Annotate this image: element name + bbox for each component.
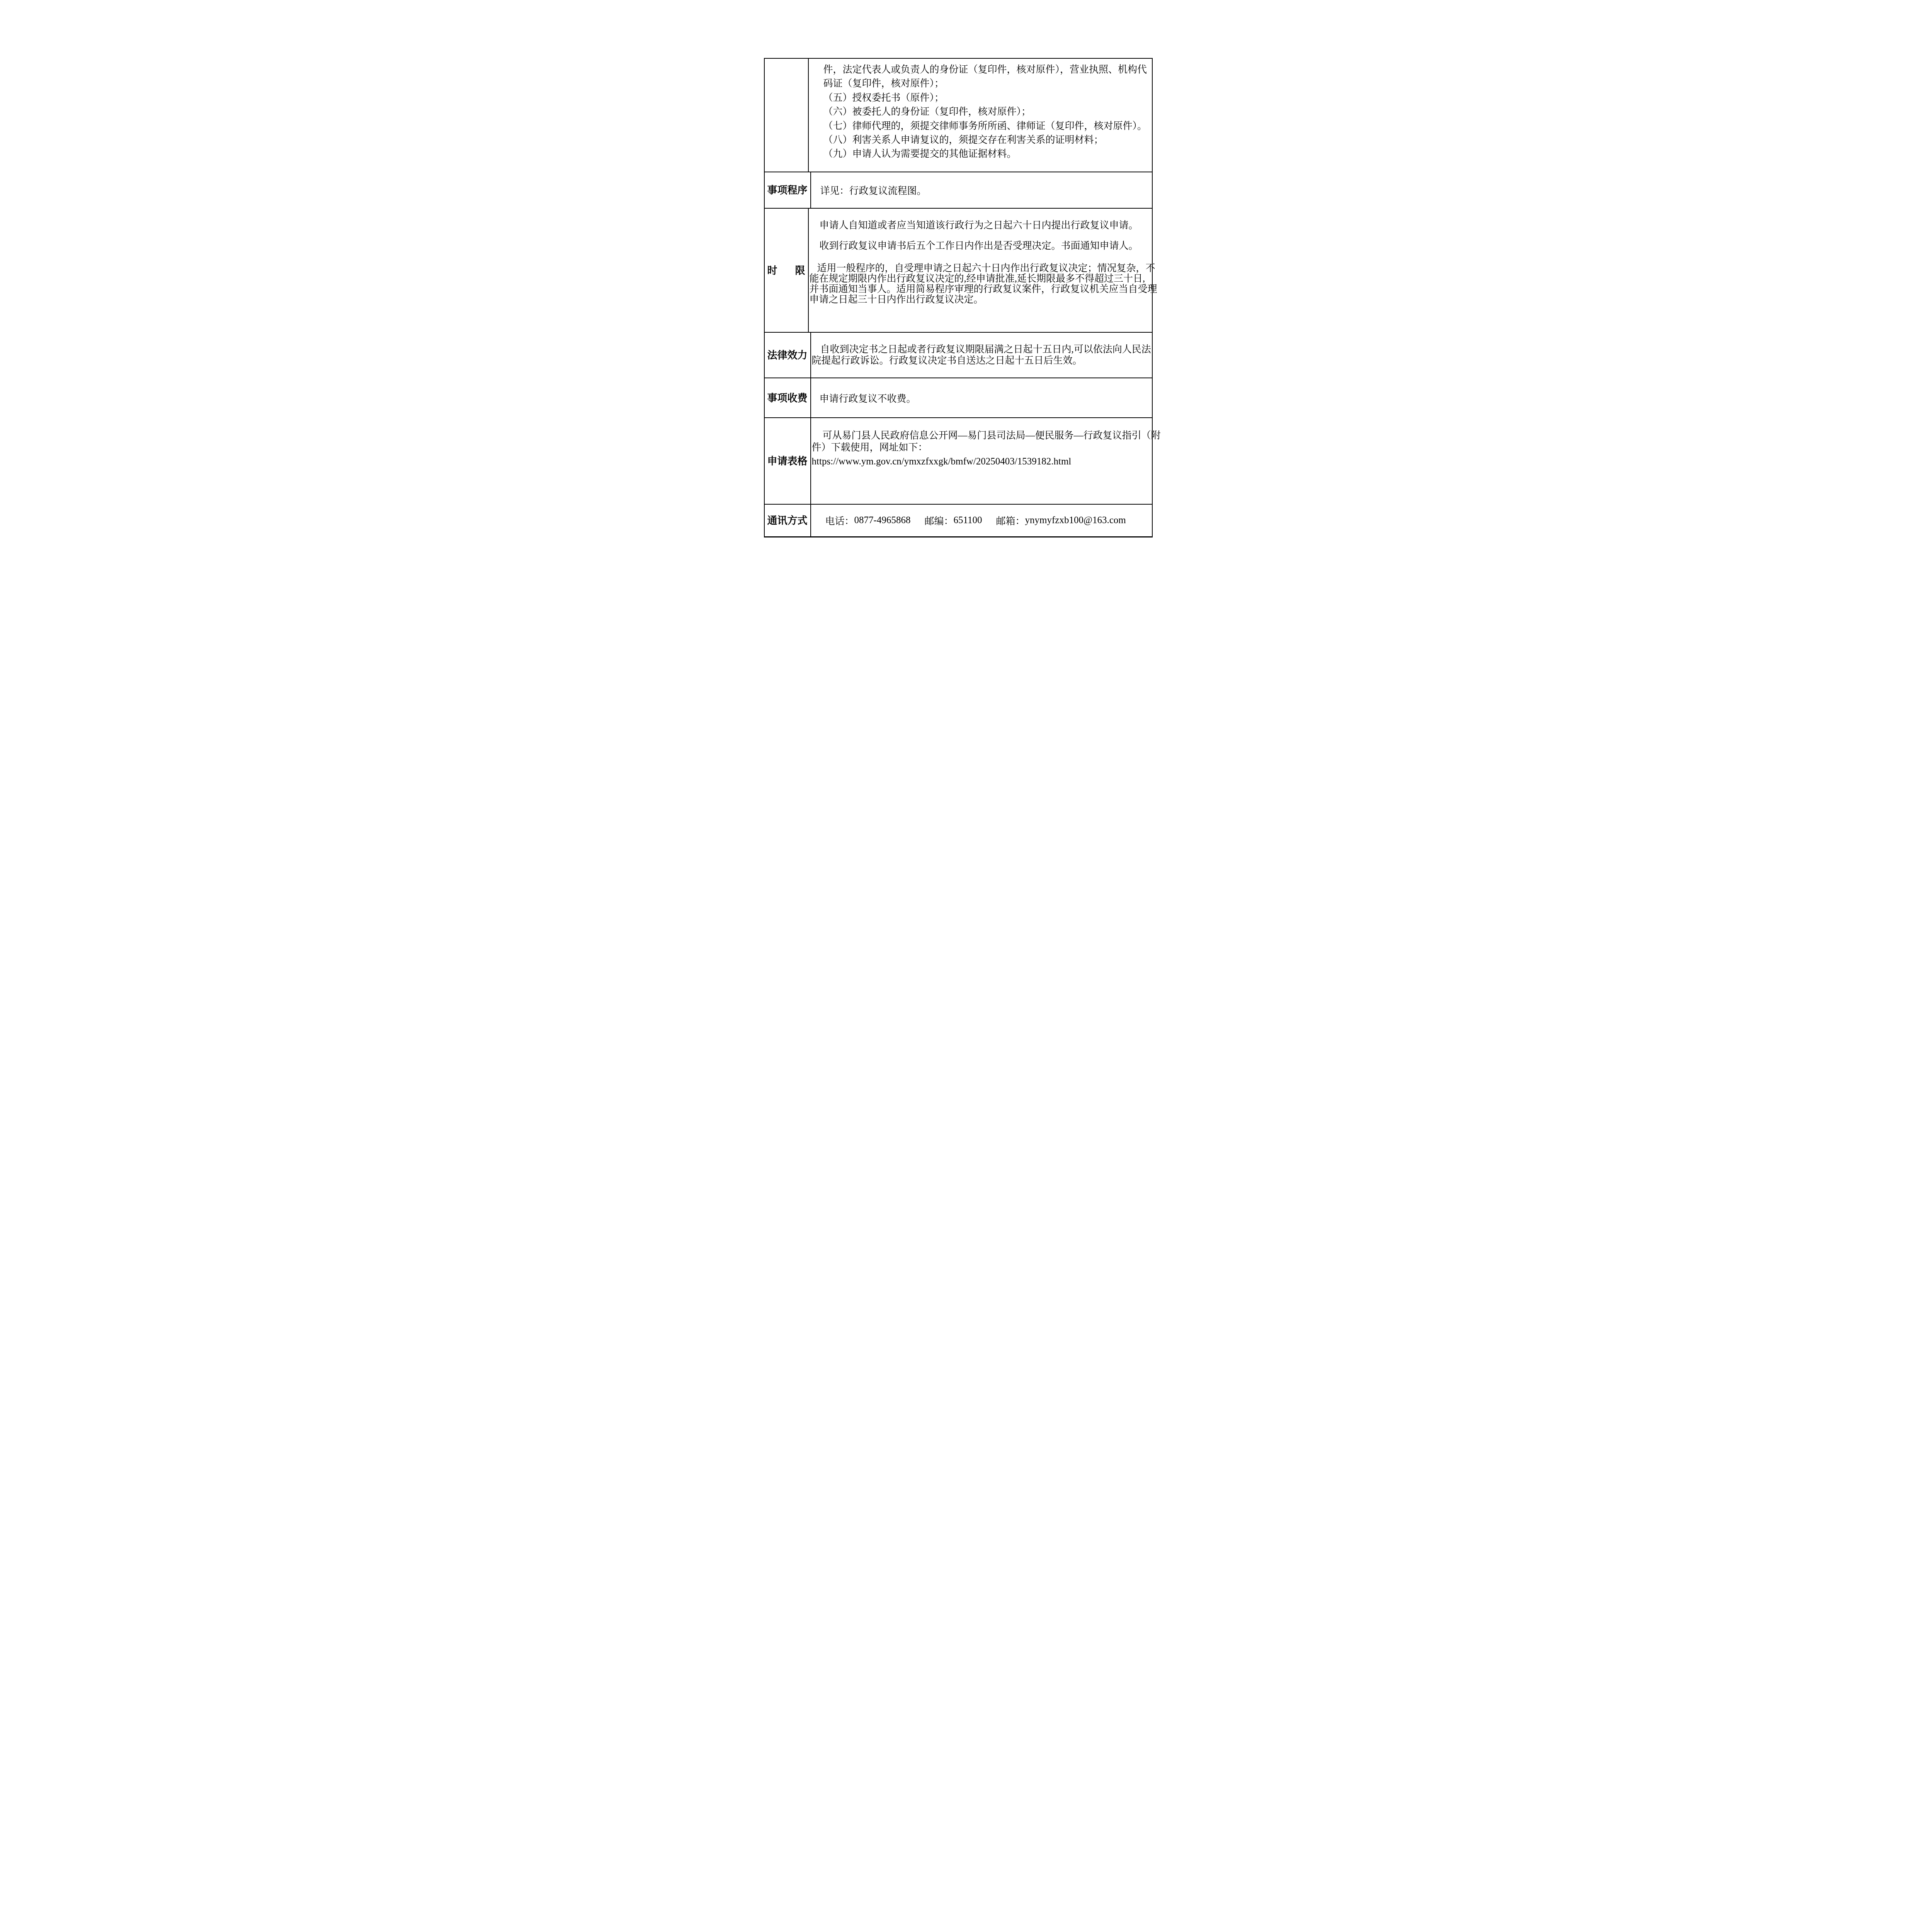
row-label: 事项程序 <box>765 184 810 196</box>
text-line: 并书面通知当事人。适用简易程序审理的行政复议案件，行政复议机关应当自受理 <box>810 284 1151 294</box>
row-label: 时限 <box>765 265 808 276</box>
text-line: 可从易门县人民政府信息公开网—易门县司法局—便民服务—行政复议指引（附 <box>812 430 1151 442</box>
text-line: 码证（复印件，核对原件）； <box>823 77 1151 91</box>
row-contact-info: 通讯方式 电话：0877-4965868 邮编：651100 邮箱：ynymyf… <box>765 504 1152 536</box>
text-line: （七）律师代理的，须提交律师事务所所函、律师证（复印件，核对原件）。 <box>823 119 1151 133</box>
email-address: ynymyfzxb100@163.com <box>1025 515 1126 526</box>
row-label-cell: 通讯方式 <box>765 505 811 536</box>
fees-cell: 申请行政复议不收费。 <box>811 378 1152 417</box>
row-time-limit: 时限 申请人自知道或者应当知道该行政行为之日起六十日内提出行政复议申请。 收到行… <box>765 208 1152 332</box>
row-fees: 事项收费 申请行政复议不收费。 <box>765 378 1152 417</box>
row-label: 法律效力 <box>765 349 810 361</box>
text-line: 申请行政复议不收费。 <box>820 391 916 405</box>
row-label-cell: 法律效力 <box>765 333 811 378</box>
text-line: 件，法定代表人或负责人的身份证（复印件，核对原件），营业执照、机构代 <box>823 63 1151 77</box>
application-form-cell: 可从易门县人民政府信息公开网—易门县司法局—便民服务—行政复议指引（附 件）下载… <box>811 418 1152 504</box>
row-application-form: 申请表格 可从易门县人民政府信息公开网—易门县司法局—便民服务—行政复议指引（附… <box>765 417 1152 504</box>
text-line: （五）授权委托书（原件）； <box>823 91 1151 105</box>
row-label: 申请表格 <box>765 455 810 467</box>
postal-code: 651100 <box>953 515 982 526</box>
text-line: （九）申请人认为需要提交的其他证据材料。 <box>823 147 1151 161</box>
row-label: 通讯方式 <box>765 515 810 526</box>
phone-label: 电话： <box>825 514 854 527</box>
row-label-cell: 事项程序 <box>765 172 811 208</box>
row-label: 事项收费 <box>765 392 810 404</box>
text-line: 收到行政复议申请书后五个工作日内作出是否受理决定。书面通知申请人。 <box>810 241 1151 252</box>
time-limit-cell: 申请人自知道或者应当知道该行政行为之日起六十日内提出行政复议申请。 收到行政复议… <box>809 209 1152 332</box>
procedure-cell: 详见：行政复议流程图。 <box>811 172 1152 208</box>
info-table: 件，法定代表人或负责人的身份证（复印件，核对原件），营业执照、机构代 码证（复印… <box>764 58 1153 537</box>
row-item-procedure: 事项程序 详见：行政复议流程图。 <box>765 172 1152 208</box>
text-line: 申请人自知道或者应当知道该行政行为之日起六十日内提出行政复议申请。 <box>810 220 1151 231</box>
row-label-cell: 申请表格 <box>765 418 811 504</box>
row-label-cell: 事项收费 <box>765 378 811 417</box>
text-line: 院提起行政诉讼。行政复议决定书自送达之日起十五日后生效。 <box>812 355 1151 366</box>
postal-label: 邮编： <box>924 514 953 527</box>
download-url-text: https://www.ym.gov.cn/ymxzfxxgk/bmfw/202… <box>812 456 1151 468</box>
text-line: 适用一般程序的，自受理申请之日起六十日内作出行政复议决定；情况复杂，不 <box>810 263 1151 274</box>
text-line: 能在规定期限内作出行政复议决定的,经申请批准,延长期限最多不得超过三十日, <box>810 274 1151 284</box>
text-line: 自收到决定书之日起或者行政复议期限届满之日起十五日内,可以依法向人民法 <box>812 344 1151 355</box>
row-label-cell: 时限 <box>765 209 809 332</box>
materials-list-cell: 件，法定代表人或负责人的身份证（复印件，核对原件），营业执照、机构代 码证（复印… <box>809 59 1152 172</box>
text-line: （六）被委托人的身份证（复印件，核对原件）； <box>823 105 1151 119</box>
text-line: 详见：行政复议流程图。 <box>820 183 927 197</box>
text-line: 件）下载使用，网址如下： <box>812 442 1151 454</box>
document-page: 件，法定代表人或负责人的身份证（复印件，核对原件），营业执照、机构代 码证（复印… <box>719 0 1198 678</box>
email-label: 邮箱： <box>996 514 1025 527</box>
row-continuation-materials: 件，法定代表人或负责人的身份证（复印件，核对原件），营业执照、机构代 码证（复印… <box>765 59 1152 172</box>
text-line: （八）利害关系人申请复议的，须提交存在利害关系的证明材料； <box>823 133 1151 147</box>
legal-effect-cell: 自收到决定书之日起或者行政复议期限届满之日起十五日内,可以依法向人民法 院提起行… <box>811 333 1152 378</box>
contact-cell: 电话：0877-4965868 邮编：651100 邮箱：ynymyfzxb10… <box>811 505 1152 536</box>
phone-number: 0877-4965868 <box>854 515 911 526</box>
text-line: 申请之日起三十日内作出行政复议决定。 <box>810 294 1151 305</box>
row-legal-effect: 法律效力 自收到决定书之日起或者行政复议期限届满之日起十五日内,可以依法向人民法… <box>765 332 1152 378</box>
row-label-cell-empty <box>765 59 809 172</box>
